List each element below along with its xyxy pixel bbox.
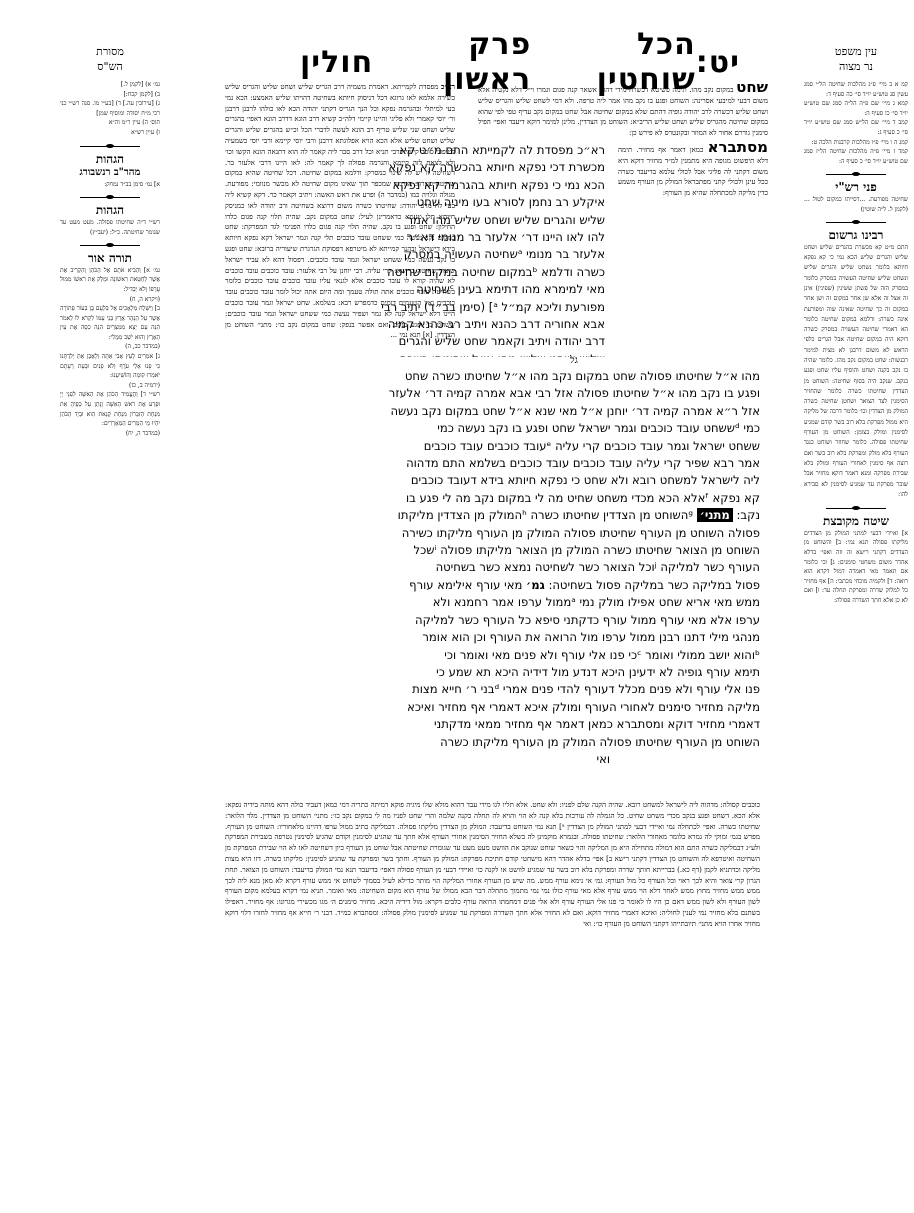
hagahot-subtitle: מהר"ב רנשבורג xyxy=(60,168,160,178)
mishna-line: פסולה השוחט מן העורף שחיטתו פסולה המולק … xyxy=(305,525,760,542)
mishna-line: העורף כשר למליקה ʲוכל הצואר כשר לשחיטה נ… xyxy=(305,559,760,576)
ein-mishpat-entry: קמד ז מיי׳ פ״ה מהלכות שחיטה הל״ז סמג שם … xyxy=(804,147,908,166)
masoret-entry: ב) [לקמן קכח:] xyxy=(60,90,160,100)
torah-or-entry: גמ׳ א] וְהֵבִיא אֹתָם אֶל הַכֹּהֵן וְהִק… xyxy=(60,266,160,304)
tractate-name: חולין xyxy=(300,45,373,80)
masoret-entry: גמ׳ א) [לקמן ל.] xyxy=(60,80,160,90)
gemara-line: מהו א״ל שחיטתו פסולה שחט במקום נקב מהו א… xyxy=(305,368,760,385)
gemara-line: שליש ושחט שליש מהו א״ל שחיטתו כשרה xyxy=(305,351,605,357)
shita-mekubetzet-text: א] ואיידי דבעי למתני המולק מן הצדדים מלי… xyxy=(804,529,908,606)
rabbeinu-gershom-text: התם מ״ט קא מכשרת בהגרים שליש ושחט שליש ו… xyxy=(804,243,908,500)
rashi-lead-word: שחט xyxy=(736,82,768,96)
ein-mishpat-entry: קמ א ב מיי׳ פ״ג מהלכות שחיטה הל״י סמג עש… xyxy=(804,80,908,99)
pnei-rashi-text: שחיטה מפורעת. ...דסייתו כמקום לטול ...(ל… xyxy=(804,195,908,214)
gemara-line: דאמרי מחזיר דוקא ומסתברא כמאן דאמר אף מח… xyxy=(305,716,760,733)
gemara-line: ממש מאי אריא שחט אפילו מולק נמי ᵃממול ער… xyxy=(305,594,760,611)
gemara-line: ואי xyxy=(305,751,760,768)
rashi-lead-word-2: מסתברא xyxy=(708,142,768,156)
ornament-divider xyxy=(826,508,886,509)
hagahot-text: א] גמ׳ סימן בב״ד נמחק: xyxy=(60,180,160,190)
gemara-line: כמי ᵈששחט עובד כוכבים וגמר ישראל שחט ופג… xyxy=(305,420,760,437)
pnei-rashi-title: פני רש"י xyxy=(804,183,908,193)
gemara-line: מאי למימרא מהו דתימא בעינן ᶜשחיטה xyxy=(305,281,605,298)
gemara-main-text: רא״כ מפסדת לה לקמייתא התם מ״ט קא מכשרת ד… xyxy=(305,142,605,357)
gemara-line: הכא נמי כי נפקא חיותא בהגרמה קא נפקא xyxy=(305,177,605,194)
masoret-entry: ו) עיין רש״א xyxy=(60,128,160,138)
ein-mishpat-entry: קמג ה ו מיי׳ פ״ו מהלכות קרבנות הלכה ט: xyxy=(804,138,908,148)
gemara-line: כשרה ודלמא ᵇבמקום שחיטה במקום שחיטה xyxy=(305,264,605,281)
ornament-divider xyxy=(80,197,140,198)
gemara-line: להו לאו היינו דר׳ אלעזר בר מנומי דא״ר xyxy=(305,229,605,246)
rashi-commentary-top: שחט במקום נקב מהו. תימה פשיטא דכשרה מידי… xyxy=(478,82,768,142)
ornament-divider xyxy=(826,174,886,175)
gemara-line: השוחט מן העורף שחיטתו פסולה המולק מן העו… xyxy=(305,734,760,751)
ein-mishpat-entry: קמא ג מיי׳ שם פ״ה הל״ה סמג שם טוש״ע יו״ד… xyxy=(804,99,908,118)
rashi-commentary-side: מסתברא כמאן דאמר אף מחזיר. תימה דלא תיפש… xyxy=(618,142,768,352)
torah-or-entry: ב] וַיִּשְׁלַח מַלְאָכִים אֶל בִּלְעָם ב… xyxy=(60,304,160,352)
gemara-line: אזל ר״א אמרה קמיה דר׳ יוחנן א״ל מאי שנא … xyxy=(305,403,760,420)
pnei-rashi: פני רש"י שחיטה מפורעת. ...דסייתו כמקום ל… xyxy=(804,183,908,214)
gemara-line: אבא אחוריה דרב כהנא ויתיב רב כהנא קמיה xyxy=(305,316,605,333)
rabbeinu-gershom-title: רבינו גרשום xyxy=(804,231,908,241)
ornament-divider xyxy=(80,245,140,246)
mishna-line: השוחט מן הצואר שחיטתו כשרה המולק מן הצוא… xyxy=(305,542,760,559)
hagahot-yaavetz: הגהות רש״י ד״ה שחיטתו פסולה. מעט מעט עד … xyxy=(60,206,160,237)
masoret-entry: תוס׳ ה) עיין ר״מ וה״א xyxy=(60,118,160,128)
gemara-line: ליה לישראל למשחט רובא ולא שחט כי נפקא חי… xyxy=(305,472,760,489)
gemara-label: גמ׳ xyxy=(526,578,545,592)
gemara-line: קא נפקא ᶠאלא הכא מכדי משחט שחיט מה לי במ… xyxy=(305,490,760,507)
rabbeinu-gershom: רבינו גרשום התם מ״ט קא מכשרת בהגרים שליש… xyxy=(804,231,908,500)
right-margin-column: קמ א ב מיי׳ פ״ג מהלכות שחיטה הל״י סמג עש… xyxy=(804,80,908,1100)
mishna-label: מתני׳ xyxy=(697,508,733,522)
gemara-line: דרב יהודה ויתיב וקאמר שחט שליש והגרים xyxy=(305,333,605,350)
left-margin-column: גמ׳ א) [לקמן ל.] ב) [לקמן קכח:] ג) [עירו… xyxy=(60,80,160,580)
masoret-hashas: גמ׳ א) [לקמן ל.] ב) [לקמן קכח:] ג) [עירו… xyxy=(60,80,160,138)
mishna-line: פסול במליקה כשר במליקה פסול בשחיטה: גמ׳ … xyxy=(305,577,760,594)
masoret-hashas-heading: מסורת הש"ס xyxy=(60,44,160,74)
gemara-line: אלעזר בר מנומי ᵃשחיטה העשויה במסרק xyxy=(305,246,605,263)
gemara-line: פנו אלי עורף ולא פנים מכלל דעורף להדי פנ… xyxy=(305,681,760,698)
gemara-line: ᵇוהוא יושב ממולי ואומר ᶜכי פנו אלי עורף … xyxy=(305,647,760,664)
rashi-text: במקום נקב מהו. תימה פשיטא דכשרה מידי דהו… xyxy=(478,86,768,137)
gemara-line: רא״כ מפסדת לה לקמייתא התם מ״ט קא xyxy=(305,142,605,159)
gemara-main-text-wide: מהו א״ל שחיטתו פסולה שחט במקום נקב מהו א… xyxy=(305,368,760,798)
tosafot-lead-word: רא״כ xyxy=(441,82,455,91)
gemara-line: שליש והגרים שליש ושחט שליש מהו אמר xyxy=(305,212,605,229)
margin-note: גל xyxy=(570,355,578,366)
shita-mekubetzet: שיטה מקובצת א] ואיידי דבעי למתני המולק מ… xyxy=(804,517,908,605)
torah-or-entry: ג] אֹמְרִים לָעֵץ אָבִי אַתָּה וְלָאֶבֶן… xyxy=(60,352,160,390)
mishna-line: נקב: מתני׳ ᵍהשוחט מן הצדדין שחיטתו כשרה … xyxy=(305,507,760,524)
page-title: יט: הכל שוחטין פרק ראשון חולין xyxy=(300,42,740,82)
torah-or: תורה אור גמ׳ א] וְהֵבִיא אֹתָם אֶל הַכֹּ… xyxy=(60,254,160,438)
ornament-divider xyxy=(826,222,886,223)
rashi-bottom-text: כוכבים קסולה: מדהוה ליה לישראל למשחט רוב… xyxy=(225,801,760,928)
hagahot-text: רש״י ד״ה שחיטתו פסולה. מעט מעט עד שגומר … xyxy=(60,218,160,237)
gemara-line: מפורעת וליכא קמ״ל ᵃ] (סימן בב״ד) יתיב רב… xyxy=(305,299,605,316)
gemara-line: ופגע בו נקב מהו א״ל שחיטתו פסולה אזל רבי… xyxy=(305,385,760,402)
ornament-divider xyxy=(80,146,140,147)
ein-mishpat-entry: קמב ד מיי׳ שם הל״ש סמג שם טוש״ע יו״ד סי׳… xyxy=(804,118,908,137)
masoret-entry: ג) [עירובין עה.] ד) [בע״י מו. סנה רש״י כ… xyxy=(60,99,160,118)
gemara-line: תימא עורף גופיה לא ידעינן היכא דנדע מול … xyxy=(305,664,760,681)
torah-or-entry: רש״י ד] וְהֶעֱמִיד הַכֹּהֵן אֶת הָאִשָּׁ… xyxy=(60,390,160,438)
ein-mishpat: קמ א ב מיי׳ פ״ג מהלכות שחיטה הל״י סמג עש… xyxy=(804,80,908,166)
gemara-line: ערפו אלא מאי עורף ממול עורף כדקתני סיפא … xyxy=(305,612,760,629)
hagahot-title: הגהות xyxy=(60,155,160,165)
gemara-line: מליקה מחזיר סימנים לאחורי העורף ומולק אי… xyxy=(305,699,760,716)
gemara-line: ששחט ישראל וגמר עובד כוכבים קרי עליה ᵉעו… xyxy=(305,438,760,455)
gemara-line: מנהגי מילי דתנו רבנן ממול ערפו מול הרואה… xyxy=(305,629,760,646)
hagahot-maharab: הגהות מהר"ב רנשבורג א] גמ׳ סימן בב״ד נמח… xyxy=(60,155,160,190)
gemara-line: אמר רבא שפיר קרי עליה עובד כוכבים עובד כ… xyxy=(305,455,760,472)
shita-mekubetzet-title: שיטה מקובצת xyxy=(804,517,908,527)
hagahot-title: הגהות xyxy=(60,206,160,216)
torah-or-title: תורה אור xyxy=(60,254,160,264)
gemara-line: איקלע רב נחמן לסורא בעו מיניה שחט xyxy=(305,194,605,211)
rashi-commentary-bottom: כוכבים קסולה: מדהוה ליה לישראל למשחט רוב… xyxy=(225,800,760,1035)
folio-number: יט: xyxy=(696,45,740,80)
gemara-line: מכשרת דכי נפקא חיותא בהכשרה קא נפקא xyxy=(305,159,605,176)
ein-mishpat-heading: עין משפט נר מצוה xyxy=(806,44,906,74)
